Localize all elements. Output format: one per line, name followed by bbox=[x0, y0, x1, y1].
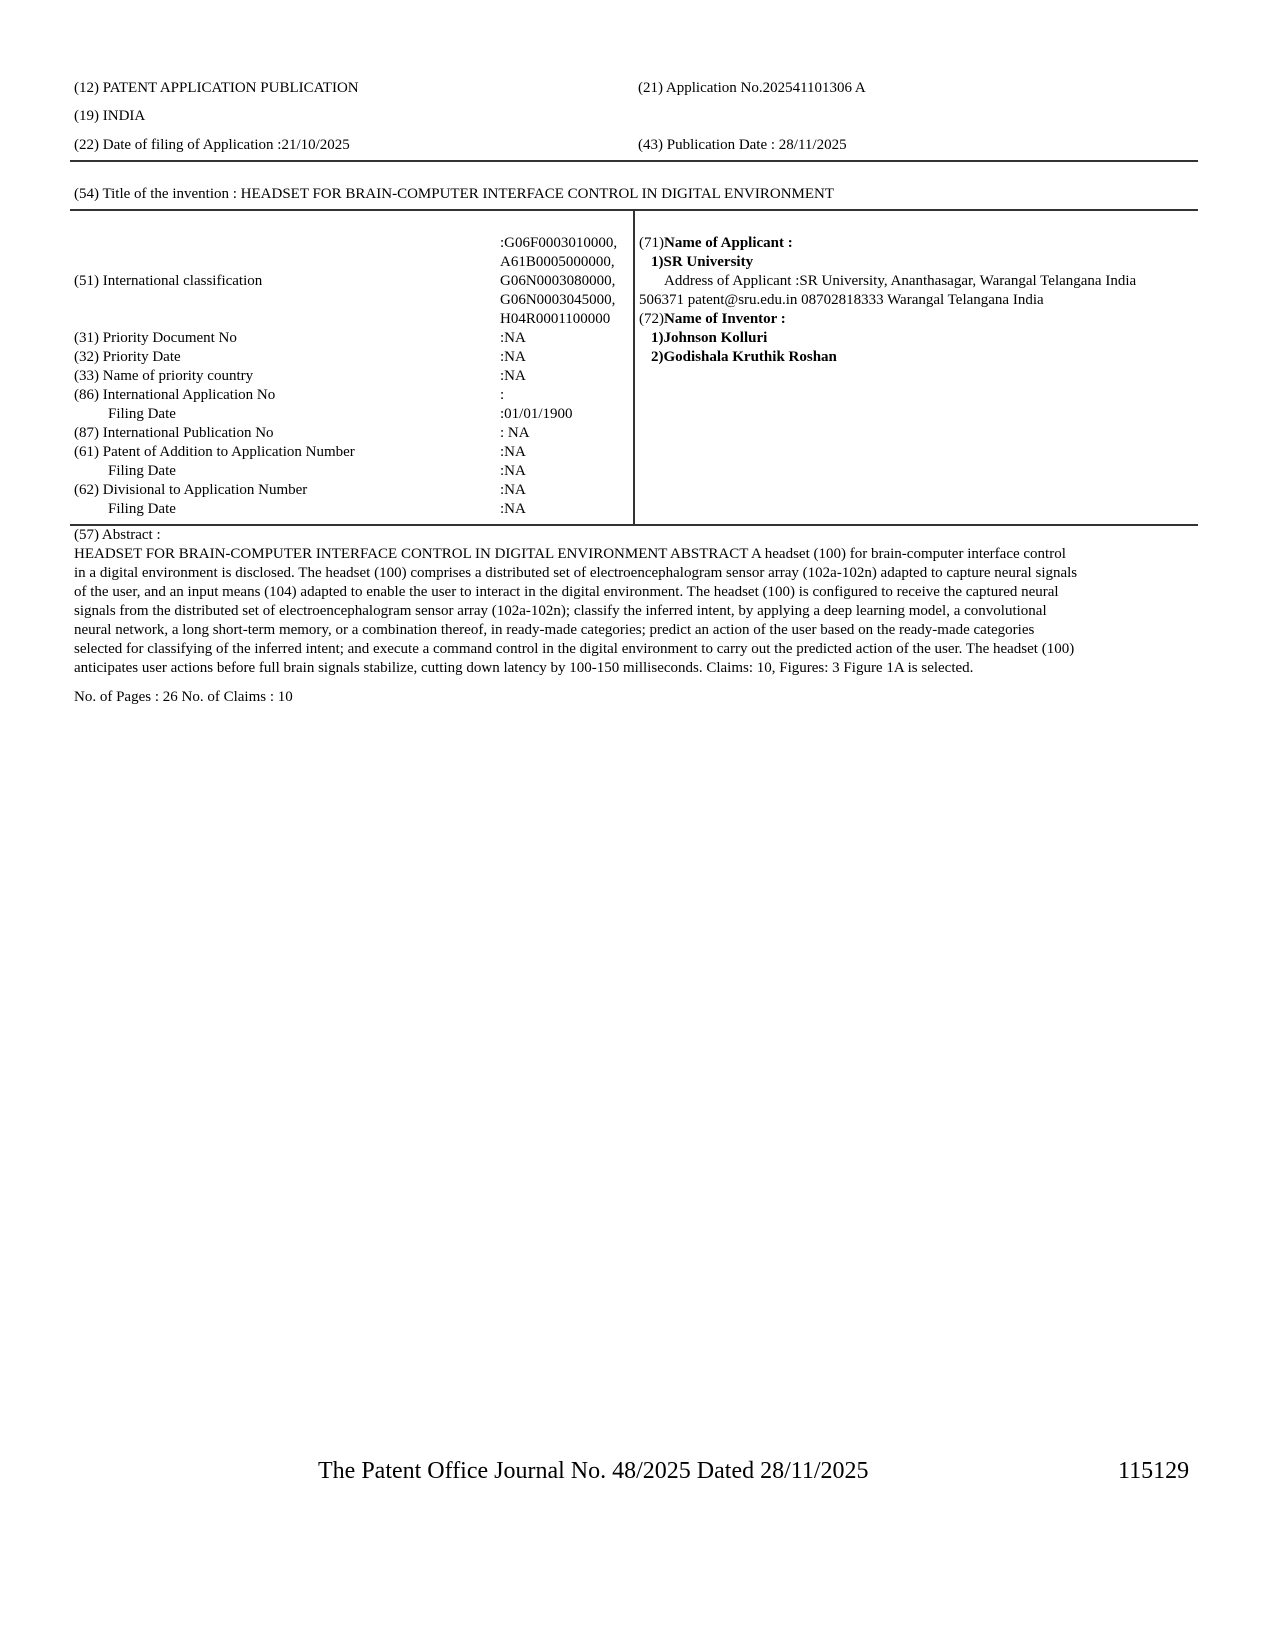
biblio-value: :NA bbox=[500, 462, 526, 481]
biblio-label: (86) International Application No bbox=[74, 386, 275, 405]
classification-value: A61B0005000000, bbox=[500, 253, 615, 272]
abstract-line: neural network, a long short-term memory… bbox=[74, 621, 1034, 640]
abstract-line: HEADSET FOR BRAIN-COMPUTER INTERFACE CON… bbox=[74, 545, 1066, 564]
biblio-value: :NA bbox=[500, 481, 526, 500]
applicant-code: (71) bbox=[639, 235, 664, 251]
biblio-value: :NA bbox=[500, 367, 526, 386]
classification-value: G06N0003080000, bbox=[500, 272, 615, 291]
column-divider bbox=[633, 210, 635, 524]
biblio-label: (87) International Publication No bbox=[74, 424, 274, 443]
abstract-line: anticipates user actions before full bra… bbox=[74, 659, 973, 678]
biblio-value: :NA bbox=[500, 329, 526, 348]
biblio-label: (32) Priority Date bbox=[74, 348, 181, 367]
classification-value: :G06F0003010000, bbox=[500, 234, 617, 253]
inventor-code: (72) bbox=[639, 311, 664, 327]
biblio-label: (61) Patent of Addition to Application N… bbox=[74, 443, 355, 462]
abstract-line: signals from the distributed set of elec… bbox=[74, 602, 1047, 621]
inventor-heading: Name of Inventor : bbox=[664, 311, 786, 327]
classification-value: H04R0001100000 bbox=[500, 310, 610, 329]
biblio-value: :01/01/1900 bbox=[500, 405, 573, 424]
page-claim-counts: No. of Pages : 26 No. of Claims : 10 bbox=[74, 688, 293, 707]
biblio-value: : NA bbox=[500, 424, 530, 443]
biblio-label: Filing Date bbox=[108, 462, 176, 481]
publication-date: (43) Publication Date : 28/11/2025 bbox=[638, 136, 847, 155]
abstract-line: in a digital environment is disclosed. T… bbox=[74, 564, 1077, 583]
journal-footer: The Patent Office Journal No. 48/2025 Da… bbox=[318, 1457, 869, 1485]
classification-value: G06N0003045000, bbox=[500, 291, 615, 310]
biblio-label: (62) Divisional to Application Number bbox=[74, 481, 307, 500]
abstract-heading: (57) Abstract : bbox=[74, 526, 161, 545]
biblio-label: (33) Name of priority country bbox=[74, 367, 253, 386]
inventor-name: 2)Godishala Kruthik Roshan bbox=[651, 348, 837, 367]
divider-abstract bbox=[70, 524, 1198, 526]
page-number: 115129 bbox=[1118, 1457, 1189, 1485]
inventor-name: 1)Johnson Kolluri bbox=[651, 329, 767, 348]
biblio-label: (31) Priority Document No bbox=[74, 329, 237, 348]
country: (19) INDIA bbox=[74, 107, 145, 126]
biblio-value: :NA bbox=[500, 443, 526, 462]
application-number: (21) Application No.202541101306 A bbox=[638, 79, 866, 98]
classification-label: (51) International classification bbox=[74, 272, 262, 291]
abstract-line: selected for classifying of the inferred… bbox=[74, 640, 1074, 659]
biblio-label: Filing Date bbox=[108, 405, 176, 424]
publication-type: (12) PATENT APPLICATION PUBLICATION bbox=[74, 79, 359, 98]
inventor-heading-row: (72)Name of Inventor : bbox=[639, 310, 786, 329]
invention-title: (54) Title of the invention : HEADSET FO… bbox=[74, 185, 834, 204]
divider-top bbox=[70, 160, 1198, 162]
abstract-line: of the user, and an input means (104) ad… bbox=[74, 583, 1059, 602]
applicant-address: Address of Applicant :SR University, Ana… bbox=[664, 272, 1136, 291]
applicant-heading-row: (71)Name of Applicant : bbox=[639, 234, 793, 253]
biblio-value: :NA bbox=[500, 348, 526, 367]
biblio-value: : bbox=[500, 386, 504, 405]
applicant-heading: Name of Applicant : bbox=[664, 235, 793, 251]
biblio-value: :NA bbox=[500, 500, 526, 519]
applicant-address-cont: 506371 patent@sru.edu.in 08702818333 War… bbox=[639, 291, 1044, 310]
biblio-label: Filing Date bbox=[108, 500, 176, 519]
applicant-name: 1)SR University bbox=[651, 253, 753, 272]
filing-date: (22) Date of filing of Application :21/1… bbox=[74, 136, 350, 155]
